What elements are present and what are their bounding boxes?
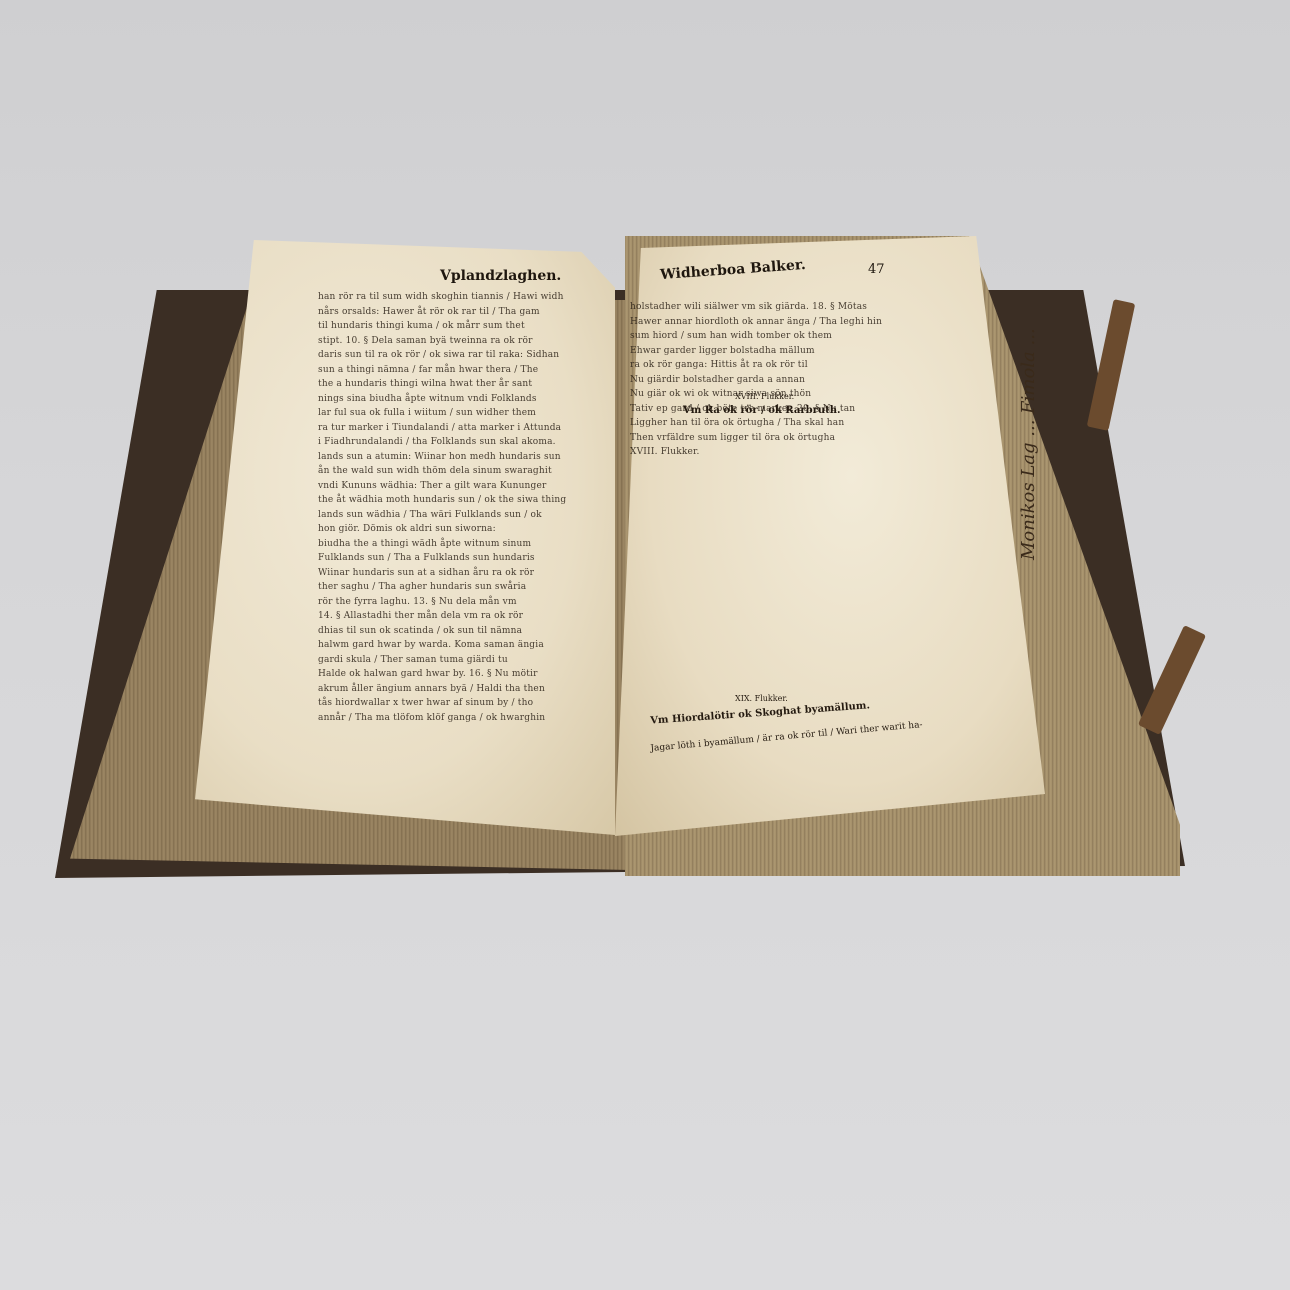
text-line: sum hiord / sum han widh tomber ok them	[630, 329, 930, 344]
text-line: halwm gard hwar by warda. Koma saman äng…	[318, 638, 613, 653]
text-line: i Fiadhrundalandi / tha Folklands sun sk…	[318, 435, 613, 450]
text-line: ra tur marker i Tiundalandi / atta marke…	[318, 421, 613, 436]
text-line: ther saghu / Tha agher hundaris sun swår…	[318, 580, 613, 595]
section-18-numeral: XVIII. Flukker.	[735, 392, 794, 401]
text-line: Fulklands sun / Tha a Fulklands sun hund…	[318, 551, 613, 566]
text-line: lar ful sua ok fulla i wiitum / sun widh…	[318, 406, 613, 421]
text-line: stipt. 10. § Dela saman byä tweinna ra o…	[318, 334, 613, 349]
section-19-numeral: XIX. Flukker.	[735, 694, 788, 703]
text-line: rör the fyrra laghu. 13. § Nu dela mån v…	[318, 595, 613, 610]
page-number: 47	[868, 262, 885, 277]
section-18-title: Vm Ra ok rör / ok Rarbruth.	[683, 405, 841, 416]
text-line: tås hiordwallar x twer hwar af sinum by …	[318, 696, 613, 711]
text-line: sun a thingi nämna / far mån hwar thera …	[318, 363, 613, 378]
text-line: gardi skula / Ther saman tuma giärdi tu	[318, 653, 613, 668]
text-line: nings sina biudha åpte witnum vndi Folkl…	[318, 392, 613, 407]
text-line: til hundaris thingi kuma / ok mårr sum t…	[318, 319, 613, 334]
text-line: ra ok rör ganga: Hittis åt ra ok rör til	[630, 358, 930, 373]
text-line: Ehwar garder ligger bolstadha mällum	[630, 344, 930, 359]
text-line: Halde ok halwan gard hwar by. 16. § Nu m…	[318, 667, 613, 682]
text-line: daris sun til ra ok rör / ok siwa rar ti…	[318, 348, 613, 363]
text-line: lands sun a atumin: Wiinar hon medh hund…	[318, 450, 613, 465]
text-line: akrum åller ängium annars byä / Haldi th…	[318, 682, 613, 697]
text-line: ån the wald sun widh thöm dela sinum swa…	[318, 464, 613, 479]
text-line: hon giör. Dömis ok aldri sun siworna:	[318, 522, 613, 537]
text-line: annår / Tha ma tlöfom klöf ganga / ok hw…	[318, 711, 613, 726]
text-line: Hawer annar hiordloth ok annar änga / Th…	[630, 315, 930, 330]
text-line: biudha the a thingi wädh åpte witnum sin…	[318, 537, 613, 552]
text-line: Liggher han til öra ok örtugha / Tha ska…	[630, 416, 930, 431]
text-line: 14. § Allastadhi ther mån dela vm ra ok …	[318, 609, 613, 624]
handwritten-note: Monikos Lag ... Fimola ...	[1018, 328, 1039, 560]
text-line: nårs orsalds: Hawer åt rör ok rar til / …	[318, 305, 613, 320]
left-running-head: Vplandzlaghen.	[440, 268, 561, 284]
text-line: dhias til sun ok scatinda / ok sun til n…	[318, 624, 613, 639]
text-line: the a hundaris thingi wilna hwat ther år…	[318, 377, 613, 392]
text-line: Nu giärdir bolstadher garda a annan	[630, 373, 930, 388]
text-line: vndi Kununs wädhia: Ther a gilt wara Kun…	[318, 479, 613, 494]
text-line: XVIII. Flukker.	[630, 445, 930, 460]
right-page-text: holstadher wili siälwer vm sik giärda. 1…	[630, 300, 930, 740]
book-photograph: Vplandzlaghen. Widherboa Balker. 47 han …	[0, 0, 1290, 1290]
left-page-text: han rör ra til sum widh skoghin tiannis …	[318, 290, 613, 760]
text-line: Wiinar hundaris sun at a sidhan åru ra o…	[318, 566, 613, 581]
text-line: the åt wädhia moth hundaris sun / ok the…	[318, 493, 613, 508]
text-line: lands sun wädhia / Tha wäri Fulklands su…	[318, 508, 613, 523]
text-line: holstadher wili siälwer vm sik giärda. 1…	[630, 300, 930, 315]
text-line: Then vrfäldre sum ligger til öra ok örtu…	[630, 431, 930, 446]
text-line: han rör ra til sum widh skoghin tiannis …	[318, 290, 613, 305]
